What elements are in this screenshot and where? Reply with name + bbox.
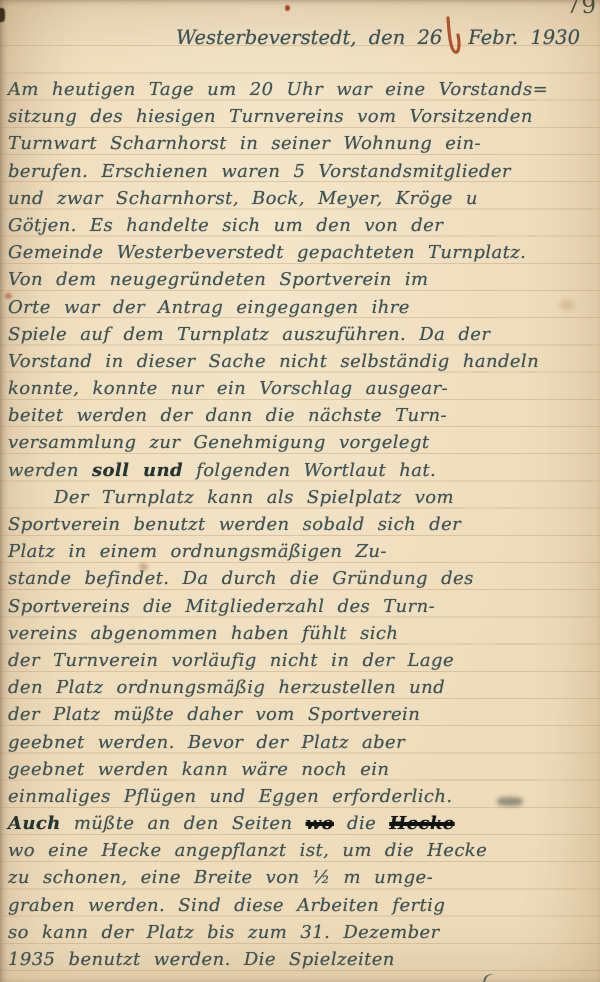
strikethrough-text: wo [306, 813, 334, 834]
text-segment: versammlung zur Genehmigung vorgelegt [8, 432, 430, 453]
dateline-place-day: Westerbeverstedt, den 26 [176, 26, 442, 49]
text-segment: werden [8, 460, 92, 481]
text-segment: die [334, 813, 389, 834]
text-segment: sitzung des hiesigen Turnvereins vom Vor… [8, 106, 533, 127]
text-segment: so kann der Platz bis zum 31. Dezember [8, 922, 440, 943]
dateline: Westerbeverstedt, den 26 Febr. 1930 [0, 16, 600, 65]
text-segment: geebnet werden. Bevor der Platz aber [8, 732, 405, 753]
text-segment: folgenden Wortlaut hat. [183, 460, 436, 481]
manuscript-line: der Platz müßte daher vom Sportverein [8, 701, 596, 728]
text-segment: einmaliges Pflügen und Eggen erforderlic… [8, 786, 453, 807]
manuscript-line: graben werden. Sind diese Arbeiten ferti… [8, 892, 596, 919]
manuscript-line: so kann der Platz bis zum 31. Dezember [8, 919, 596, 946]
manuscript-line: stande befindet. Da durch die Gründung d… [8, 565, 596, 592]
text-segment: der Platz müßte daher vom Sportverein [8, 704, 420, 725]
text-segment: konnte, konnte nur ein Vorschlag ausgear… [8, 378, 448, 399]
text-segment: Turnwart Scharnhorst in seiner Wohnung e… [8, 133, 481, 154]
dateline-month-year: Febr. 1930 [468, 26, 580, 49]
heavy-ink-text: Auch [8, 813, 61, 834]
text-segment: graben werden. Sind diese Arbeiten ferti… [8, 895, 445, 916]
manuscript-line: berufen. Erschienen waren 5 Vorstandsmit… [8, 158, 596, 185]
manuscript-line: Platz in einem ordnungsmäßigen Zu- [8, 538, 596, 565]
text-segment: Sportverein benutzt werden sobald sich d… [8, 514, 461, 535]
text-segment: Der Turnplatz kann als Spielplatz vom [54, 487, 454, 508]
text-segment: Orte war der Antrag eingegangen ihre [8, 297, 410, 318]
text-segment: Gemeinde Westerbeverstedt gepachteten Tu… [8, 242, 526, 263]
text-segment: der Turnverein vorläufig nicht in der La… [8, 650, 454, 671]
text-segment: geebnet werden kann wäre noch ein [8, 759, 389, 780]
manuscript-line: und zwar Scharnhorst, Bock, Meyer, Kröge… [8, 185, 596, 212]
manuscript-line: Am heutigen Tage um 20 Uhr war eine Vors… [8, 76, 596, 103]
manuscript-line: Spiele auf dem Turnplatz auszuführen. Da… [8, 321, 596, 348]
manuscript-line: Turnwart Scharnhorst in seiner Wohnung e… [8, 130, 596, 157]
manuscript-line: versammlung zur Genehmigung vorgelegt [8, 429, 596, 456]
manuscript-line: einmaliges Pflügen und Eggen erforderlic… [8, 783, 596, 810]
next-line-stroke [483, 972, 502, 982]
strikethrough-text: Hecke [389, 813, 454, 834]
text-segment: Von dem neugegründeten Sportverein im [8, 269, 428, 290]
text-segment: Sportvereins die Mitgliederzahl des Turn… [8, 596, 435, 617]
manuscript-line: sitzung des hiesigen Turnvereins vom Vor… [8, 103, 596, 130]
text-segment: vereins abgenommen haben fühlt sich [8, 623, 398, 644]
manuscript-line: beitet werden der dann die nächste Turn- [8, 402, 596, 429]
manuscript-line: wo eine Hecke angepflanzt ist, um die He… [8, 837, 596, 864]
manuscript-line: geebnet werden. Bevor der Platz aber [8, 729, 596, 756]
text-segment: beitet werden der dann die nächste Turn- [8, 405, 447, 426]
manuscript-line: Vorstand in dieser Sache nicht selbständ… [8, 348, 596, 375]
red-ink-dot [285, 5, 290, 11]
text-segment: Götjen. Es handelte sich um den von der [8, 215, 443, 236]
manuscript-line: Der Turnplatz kann als Spielplatz vom [8, 484, 596, 511]
text-segment: zu schonen, eine Breite von ½ m umge- [8, 867, 433, 888]
manuscript-line: werden soll und folgenden Wortlaut hat. [8, 457, 596, 484]
text-segment: den Platz ordnungsmäßig herzustellen und [8, 677, 445, 698]
text-segment: Spiele auf dem Turnplatz auszuführen. Da… [8, 324, 490, 345]
manuscript-line: Sportvereins die Mitgliederzahl des Turn… [8, 593, 596, 620]
text-segment: Vorstand in dieser Sache nicht selbständ… [8, 351, 539, 372]
manuscript-line: Von dem neugegründeten Sportverein im [8, 266, 596, 293]
heavy-ink-text: soll und [92, 460, 183, 481]
text-segment: wo eine Hecke angepflanzt ist, um die He… [8, 840, 487, 861]
text-segment: stande befindet. Da durch die Gründung d… [8, 568, 474, 589]
text-segment: berufen. Erschienen waren 5 Vorstandsmit… [8, 161, 511, 182]
text-segment: Platz in einem ordnungsmäßigen Zu- [8, 541, 387, 562]
manuscript-line: Auch müßte an den Seiten wo die Hecke [8, 810, 596, 837]
text-segment: 1935 benutzt werden. Die Spielzeiten [8, 949, 395, 970]
text-segment: und zwar Scharnhorst, Bock, Meyer, Kröge… [8, 188, 478, 209]
manuscript-line: der Turnverein vorläufig nicht in der La… [8, 647, 596, 674]
manuscript-body: Am heutigen Tage um 20 Uhr war eine Vors… [8, 76, 596, 973]
manuscript-line: geebnet werden kann wäre noch ein [8, 756, 596, 783]
manuscript-line: Sportverein benutzt werden sobald sich d… [8, 511, 596, 538]
manuscript-line: Orte war der Antrag eingegangen ihre [8, 294, 596, 321]
red-check-mark [444, 16, 464, 65]
manuscript-line: 1935 benutzt werden. Die Spielzeiten [8, 946, 596, 973]
text-segment: Am heutigen Tage um 20 Uhr war eine Vors… [8, 79, 548, 100]
manuscript-line: zu schonen, eine Breite von ½ m umge- [8, 864, 596, 891]
manuscript-line: konnte, konnte nur ein Vorschlag ausgear… [8, 375, 596, 402]
manuscript-line: Gemeinde Westerbeverstedt gepachteten Tu… [8, 239, 596, 266]
manuscript-line: Götjen. Es handelte sich um den von der [8, 212, 596, 239]
manuscript-line: den Platz ordnungsmäßig herzustellen und [8, 674, 596, 701]
manuscript-line: vereins abgenommen haben fühlt sich [8, 620, 596, 647]
manuscript-page: 79 Westerbeverstedt, den 26 Febr. 1930 A… [0, 0, 600, 982]
text-segment: müßte an den Seiten [61, 813, 306, 834]
